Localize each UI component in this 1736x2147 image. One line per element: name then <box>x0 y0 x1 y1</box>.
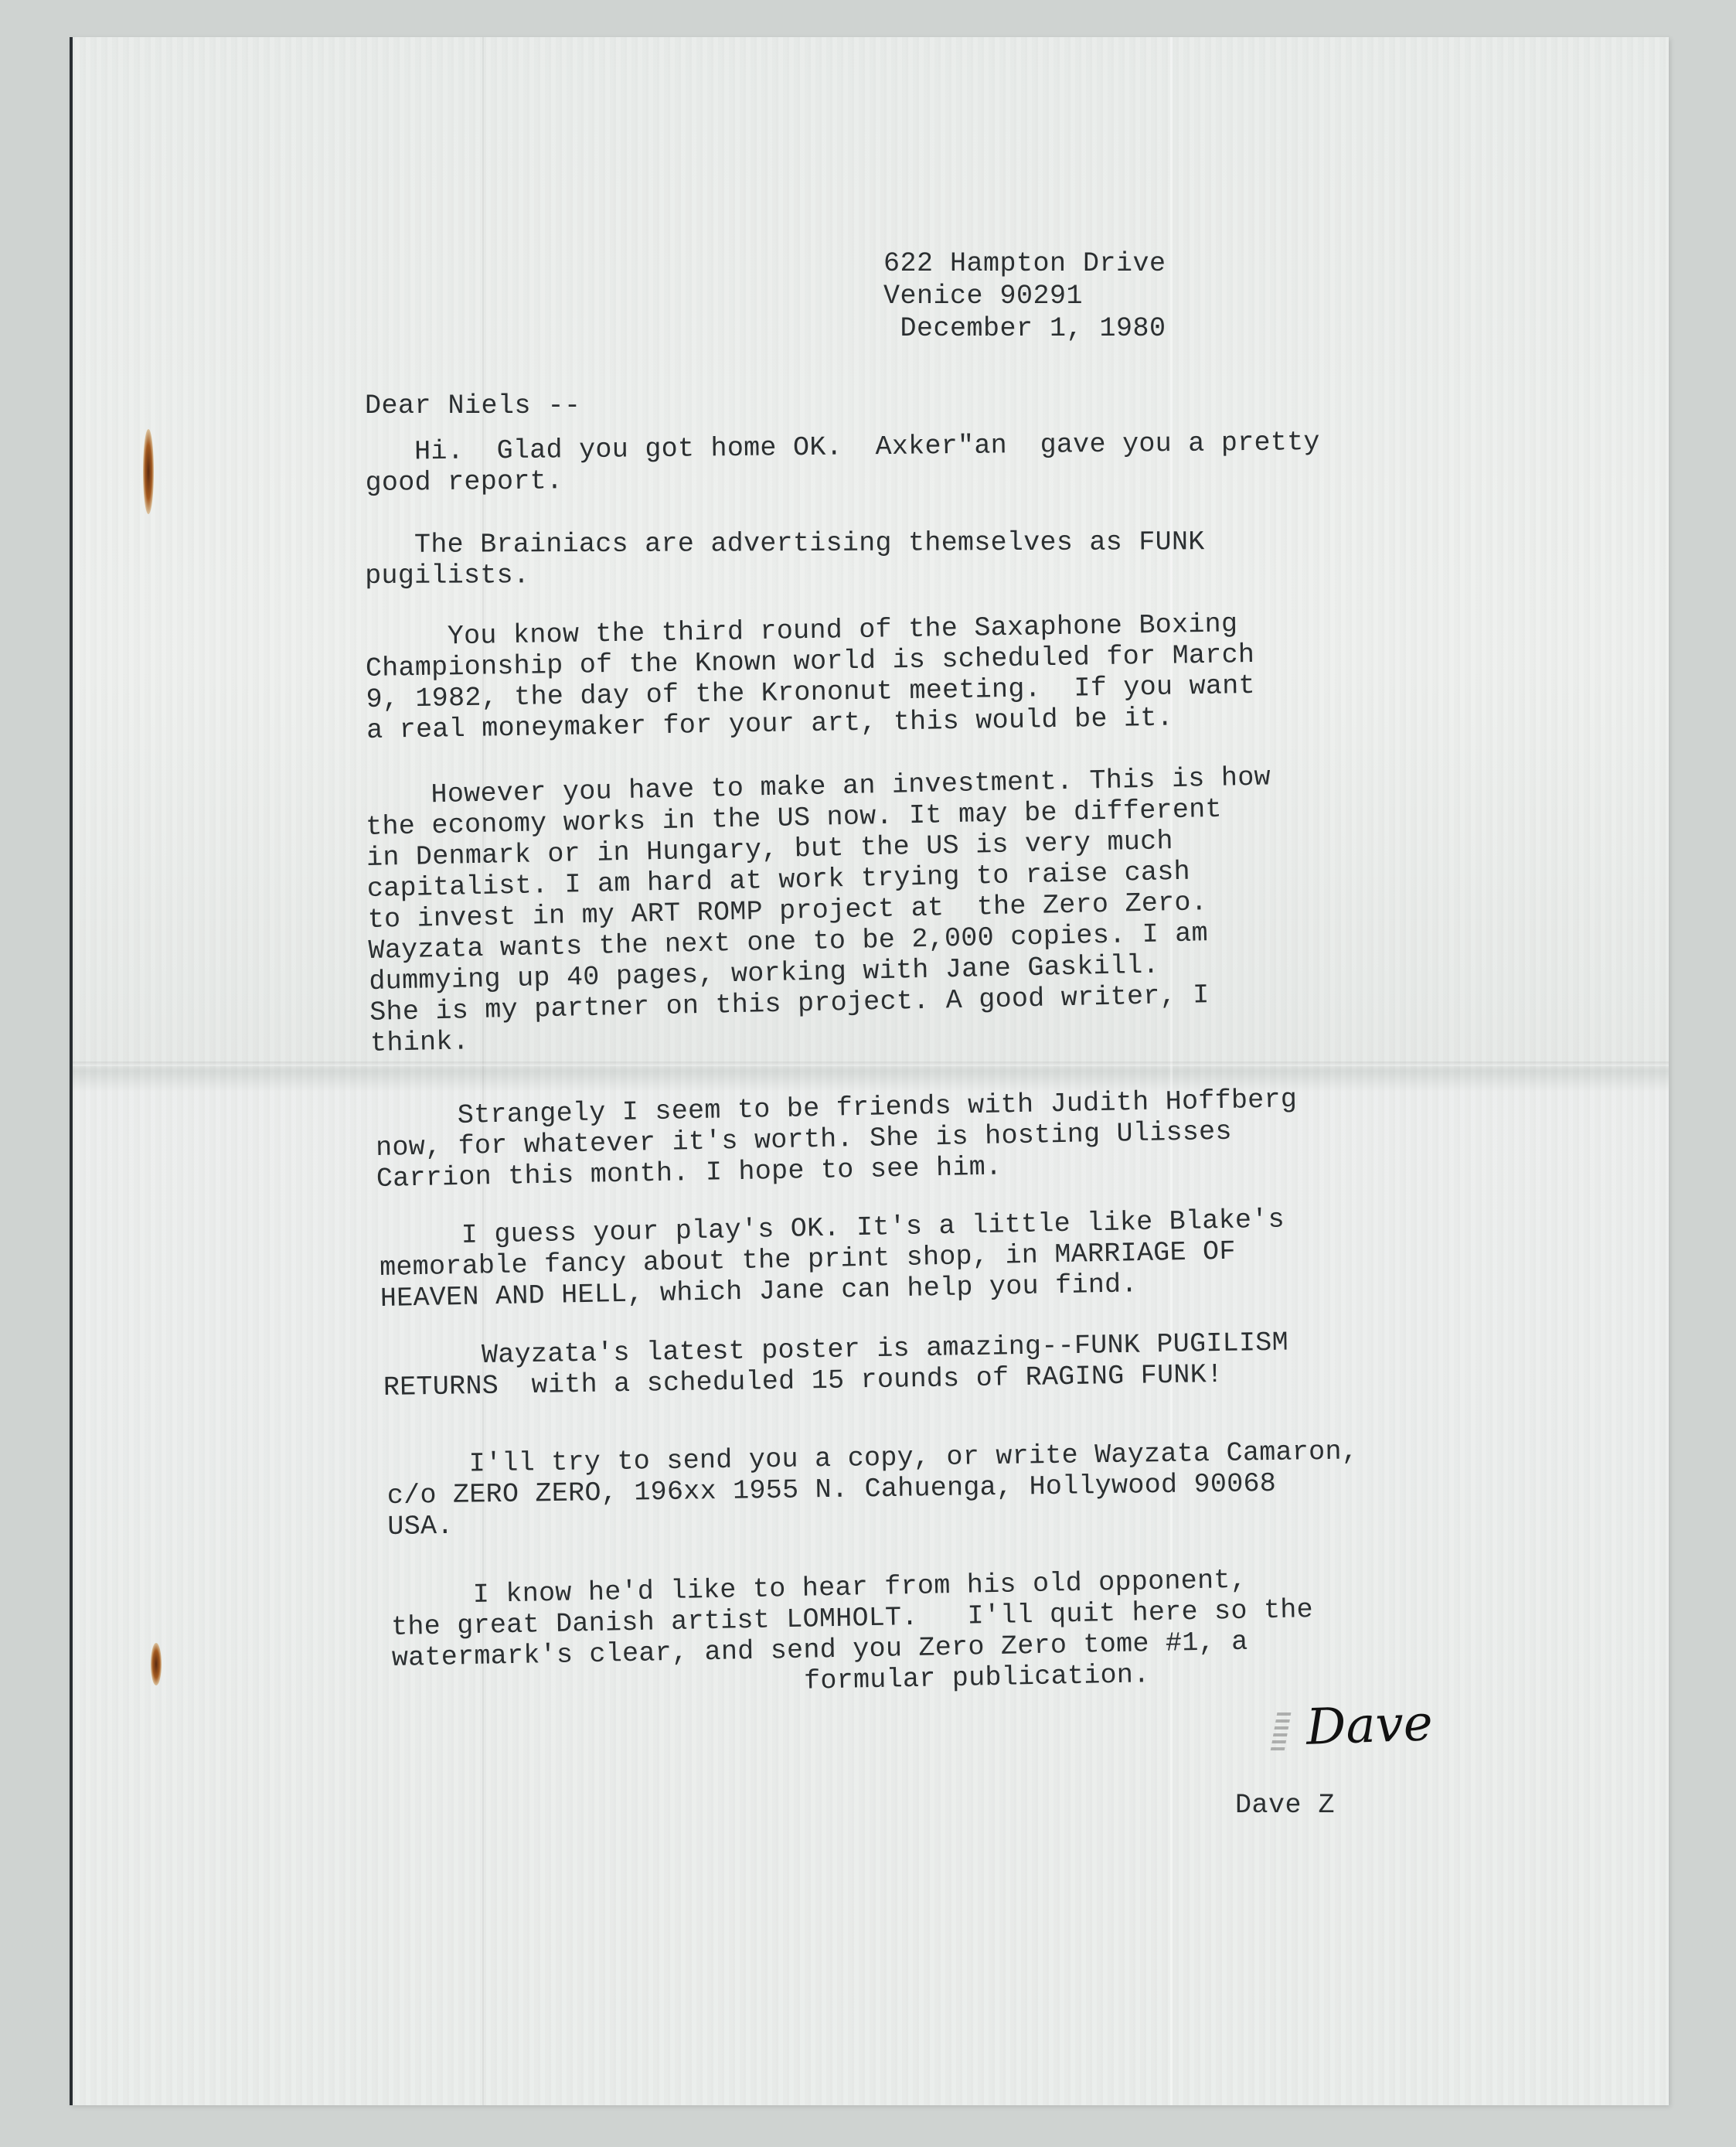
paragraph: You know the third round of the Saxaphon… <box>365 608 1256 746</box>
paragraph: Strangely I seem to be friends with Judi… <box>375 1084 1299 1194</box>
paragraph: I know he'd like to hear from his old op… <box>390 1563 1315 1705</box>
rust-stain <box>151 1643 162 1685</box>
letter-date: December 1, 1980 <box>883 312 1166 345</box>
paragraph: I'll try to send you a copy, or write Wa… <box>386 1436 1359 1542</box>
rust-stain <box>143 429 154 514</box>
address-street: 622 Hampton Drive <box>883 247 1166 280</box>
typed-signature: Dave Z <box>1235 1790 1335 1821</box>
paragraph: Hi. Glad you got home OK. Axker"an gave … <box>365 427 1320 499</box>
paper-fold <box>1170 37 1173 2105</box>
paragraph: I guess your play's OK. It's a little li… <box>379 1205 1286 1314</box>
paragraph: However you have to make an investment. … <box>365 762 1276 1058</box>
address-city: Venice 90291 <box>883 280 1166 312</box>
paper-fold <box>482 37 484 2105</box>
greeting: Dear Niels -- <box>365 390 581 421</box>
sender-address: 622 Hampton DriveVenice 90291 December 1… <box>883 247 1166 345</box>
handwritten-signature: Dave <box>1305 1695 1434 1757</box>
paper-fold <box>73 1062 1669 1066</box>
letter-paper <box>70 37 1669 2105</box>
paragraph: The Brainiacs are advertising themselves… <box>365 527 1205 591</box>
